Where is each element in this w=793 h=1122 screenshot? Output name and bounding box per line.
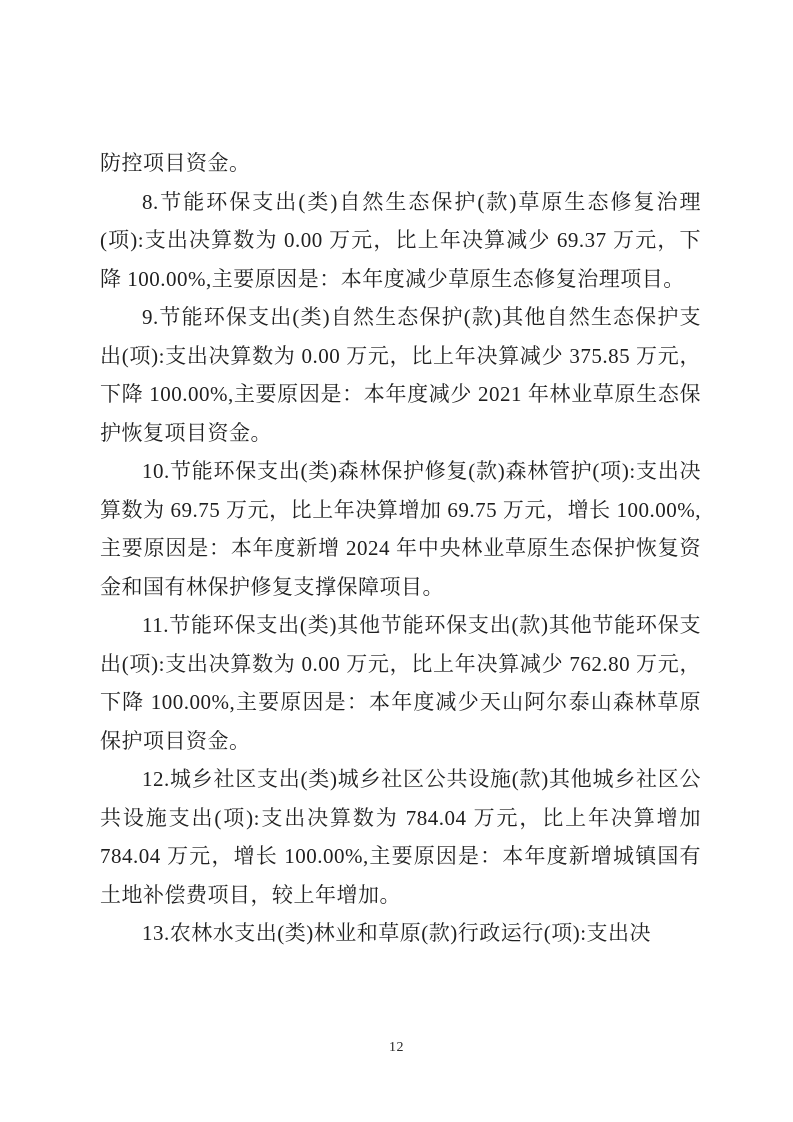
page-number: 12 <box>389 1040 404 1055</box>
document-body: 防控项目资金。8.节能环保支出(类)自然生态保护(款)草原生态修复治理(项):支… <box>100 144 701 953</box>
paragraph: 9.节能环保支出(类)自然生态保护(款)其他自然生态保护支出(项):支出决算数为… <box>100 298 701 452</box>
paragraph: 13.农林水支出(类)林业和草原(款)行政运行(项):支出决 <box>100 914 701 953</box>
paragraph: 防控项目资金。 <box>100 144 701 183</box>
paragraph: 8.节能环保支出(类)自然生态保护(款)草原生态修复治理(项):支出决算数为 0… <box>100 183 701 299</box>
page-footer: 12 <box>0 1038 793 1058</box>
paragraph: 11.节能环保支出(类)其他节能环保支出(款)其他节能环保支出(项):支出决算数… <box>100 606 701 760</box>
document-page: 防控项目资金。8.节能环保支出(类)自然生态保护(款)草原生态修复治理(项):支… <box>0 0 793 1122</box>
paragraph: 12.城乡社区支出(类)城乡社区公共设施(款)其他城乡社区公共设施支出(项):支… <box>100 760 701 914</box>
paragraph: 10.节能环保支出(类)森林保护修复(款)森林管护(项):支出决算数为 69.7… <box>100 452 701 606</box>
